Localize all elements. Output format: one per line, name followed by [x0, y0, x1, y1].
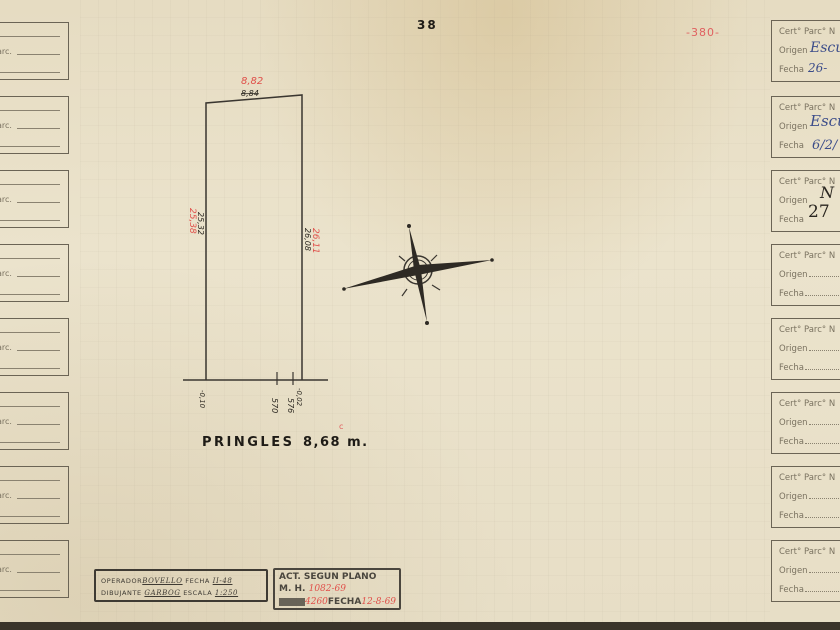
right-dimension-new: 26,11: [310, 228, 320, 254]
left-dimension-old: 25,32: [196, 212, 205, 235]
frontage-mark: -0,02: [295, 388, 303, 407]
top-dimension-old: 8,84: [241, 89, 259, 98]
top-dimension-new: 8,82: [241, 76, 263, 87]
update-stamp: ACT. SEGUN PLANO M. H. 1082-69 4260FECHA…: [273, 568, 401, 610]
frontage-mark: -0,10: [198, 390, 206, 409]
frontage-mark: 576: [286, 398, 295, 413]
frontage-mark: 570: [270, 398, 279, 413]
compass-rose-icon: [342, 224, 494, 325]
operator-stamp: OPERADORBOVELLO FECHA II-48 DIBUJANTE GA…: [94, 569, 268, 602]
scan-edge: [0, 622, 840, 630]
parcel-outline: [206, 95, 302, 380]
left-dimension-new: 25,38: [187, 208, 197, 234]
plot-drawing: 8,82 8,84 25,38 25,32 26,08 26,11 -0,10 …: [0, 0, 840, 630]
street-name: PRINGLES: [202, 435, 294, 450]
street-width: 8,68 m.: [303, 435, 369, 450]
red-annotation-mark: c: [339, 422, 343, 431]
